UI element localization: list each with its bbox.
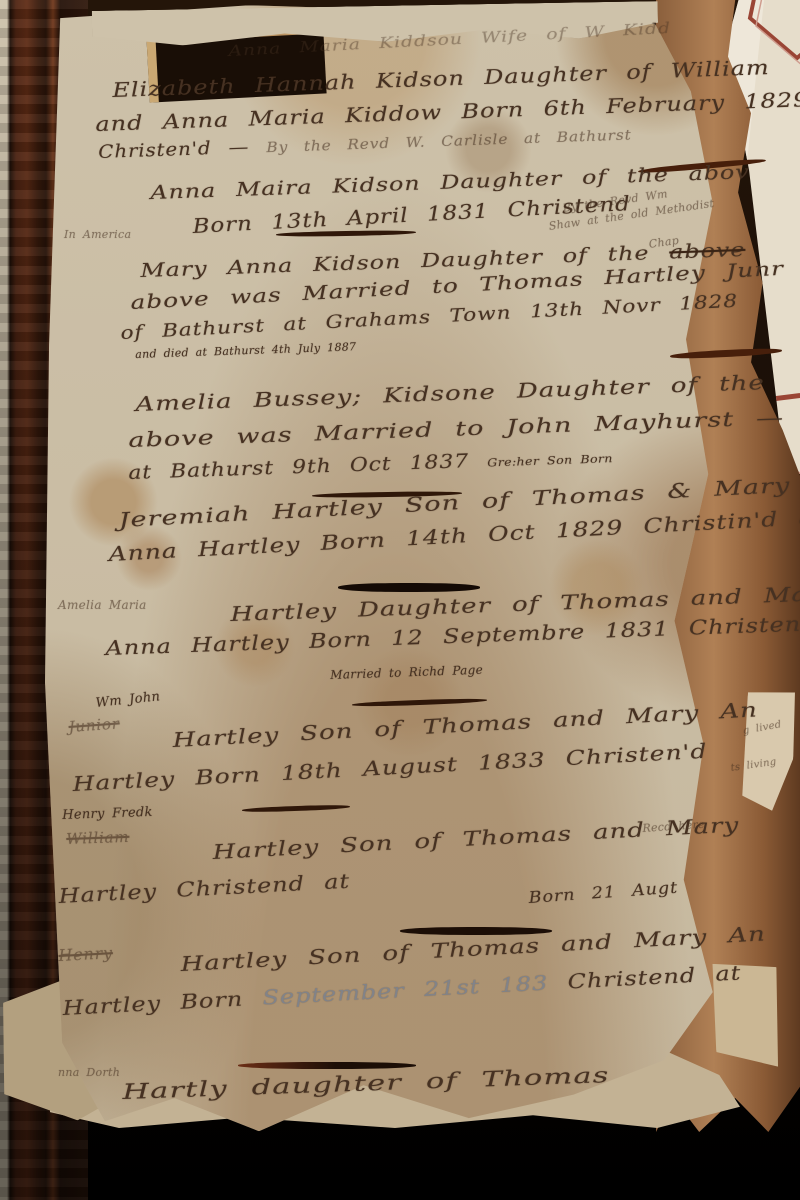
margin-note-in-america: In America: [64, 228, 131, 241]
ink-rule: [338, 583, 480, 592]
margin-added-name: Henry Fredk: [62, 805, 153, 823]
margin-struck-name: William: [66, 828, 130, 848]
margin-struck-name: Junior: [68, 714, 120, 736]
margin-note-amelia-maria: Amelia Maria: [58, 598, 147, 612]
struck-name: Henry: [58, 943, 113, 965]
ink-rule: [238, 1062, 416, 1069]
son-born-note: Gre:her Son Born: [487, 452, 613, 469]
margin-note-fragment: nna Dorth: [58, 1066, 120, 1079]
